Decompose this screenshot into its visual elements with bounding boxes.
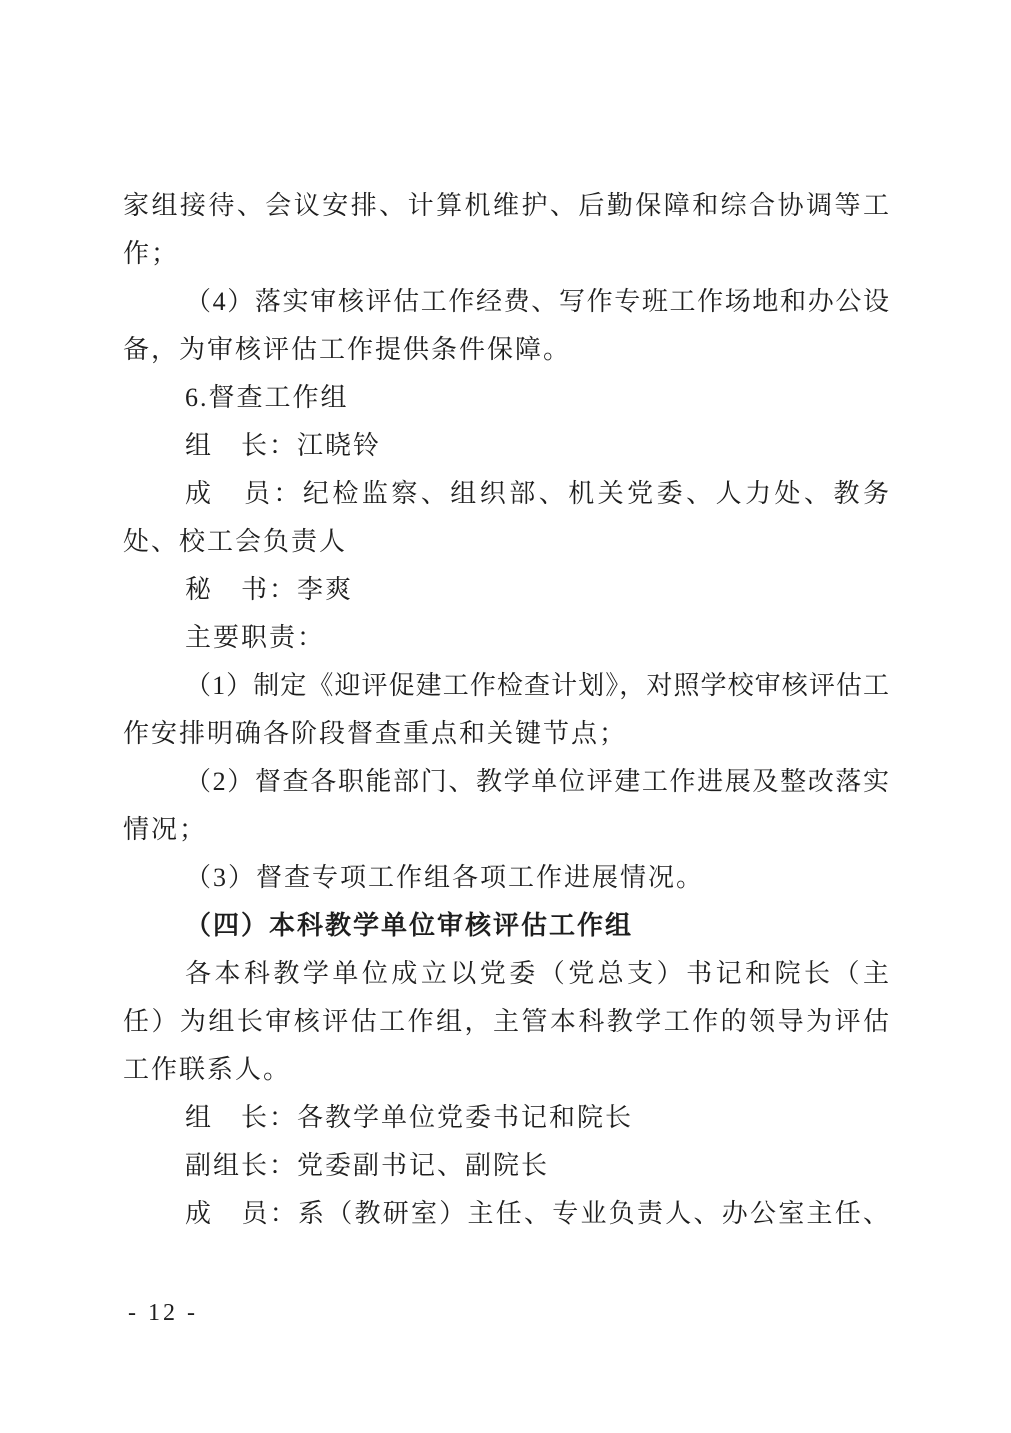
text-line: 组 长：各教学单位党委书记和院长 <box>123 1094 889 1142</box>
text-line: 成 员：纪检监察、组织部、机关党委、人力处、教务 <box>123 470 889 518</box>
text-line: 各本科教学单位成立以党委（党总支）书记和院长（主 <box>123 950 889 998</box>
text-line: 组 长：江晓铃 <box>123 422 889 470</box>
text-line: 工作联系人。 <box>123 1046 889 1094</box>
text-line: 处、校工会负责人 <box>123 518 889 566</box>
document-body: 家组接待、会议安排、计算机维护、后勤保障和综合协调等工 作； （4）落实审核评估… <box>123 182 889 1238</box>
text-line: （1）制定《迎评促建工作检查计划》，对照学校审核评估工 <box>123 662 889 710</box>
text-line: 备，为审核评估工作提供条件保障。 <box>123 326 889 374</box>
text-line: 成 员：系（教研室）主任、专业负责人、办公室主任、 <box>123 1190 889 1238</box>
section-heading: （四）本科教学单位审核评估工作组 <box>123 902 889 950</box>
text-line: 副组长：党委副书记、副院长 <box>123 1142 889 1190</box>
text-line: 情况； <box>123 806 889 854</box>
text-line: （2）督查各职能部门、教学单位评建工作进展及整改落实 <box>123 758 889 806</box>
text-line: （3）督查专项工作组各项工作进展情况。 <box>123 854 889 902</box>
text-line: 6.督查工作组 <box>123 374 889 422</box>
document-page: 家组接待、会议安排、计算机维护、后勤保障和综合协调等工 作； （4）落实审核评估… <box>0 0 1011 1433</box>
text-line: 主要职责： <box>123 614 889 662</box>
page-number: - 12 - <box>128 1300 198 1327</box>
text-line: 秘 书：李爽 <box>123 566 889 614</box>
text-line: 任）为组长审核评估工作组，主管本科教学工作的领导为评估 <box>123 998 889 1046</box>
text-line: 作安排明确各阶段督查重点和关键节点； <box>123 710 889 758</box>
text-line: 作； <box>123 230 889 278</box>
text-line: （4）落实审核评估工作经费、写作专班工作场地和办公设 <box>123 278 889 326</box>
text-line: 家组接待、会议安排、计算机维护、后勤保障和综合协调等工 <box>123 182 889 230</box>
